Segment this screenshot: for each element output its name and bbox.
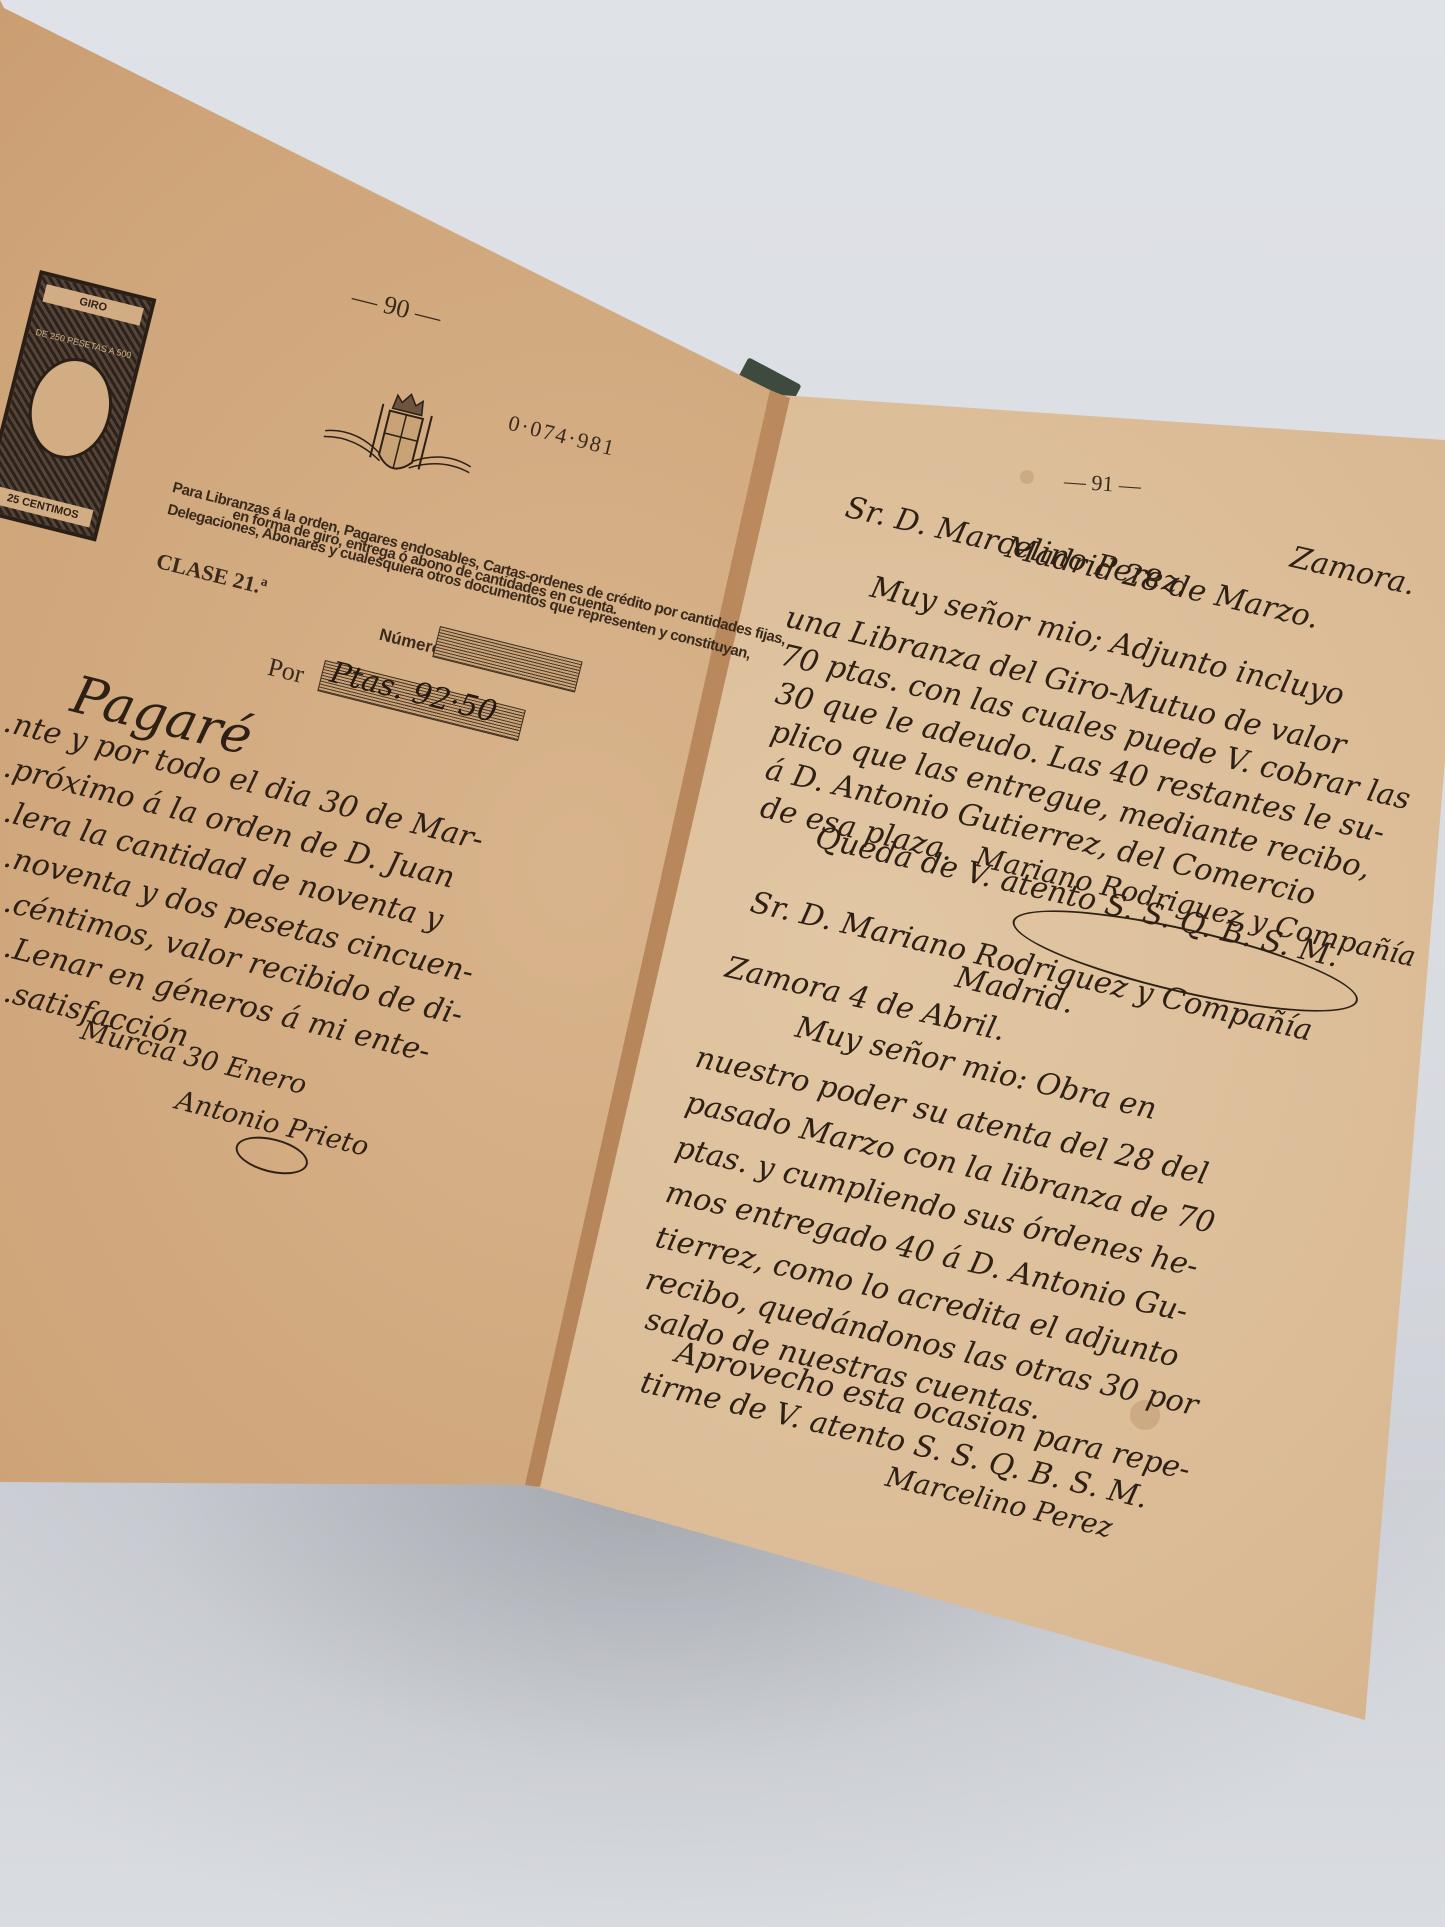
- stamp-bottom-text: 25 CENTIMOS: [0, 486, 94, 528]
- stamp-value-text: DE 250 PESETAS A 500: [28, 325, 139, 362]
- stamp-circle: [18, 349, 122, 468]
- page-number-right: — 91 —: [1063, 468, 1142, 499]
- paper-stain: [1020, 470, 1034, 484]
